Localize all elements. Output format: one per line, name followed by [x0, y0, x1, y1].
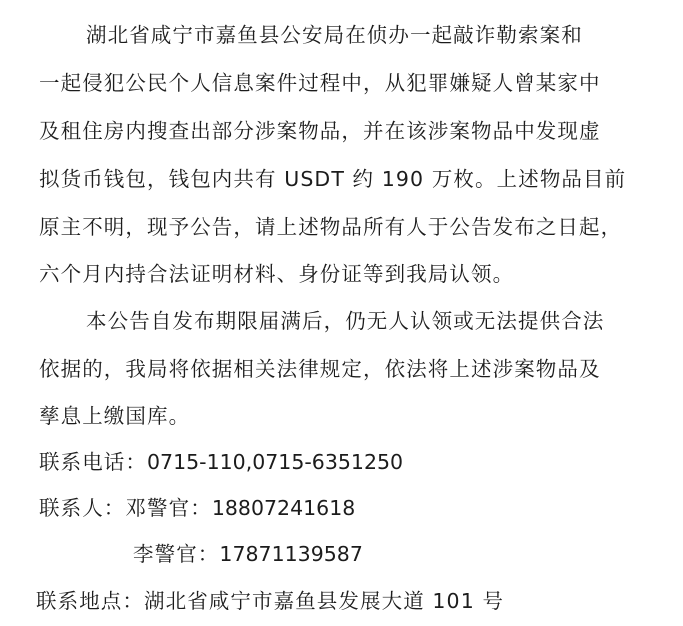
paragraph2-line2: 依据的，我局将依据相关法律规定，依法将上述涉案物品及	[39, 357, 601, 381]
contact-person-label: 联系人：	[39, 496, 125, 520]
contact-phone-value: 0715-110,0715-6351250	[147, 450, 403, 474]
contact-phone-row: 联系电话：0715-110,0715-6351250	[39, 450, 403, 474]
paragraph2-line1: 本公告自发布期限届满后，仍无人认领或无法提供合法	[86, 309, 604, 333]
contact-person1-name: 邓警官：	[125, 496, 211, 520]
paragraph1-line4: 拟货币钱包，钱包内共有 USDT 约 190 万枚。上述物品目前	[39, 167, 626, 191]
contact-address-label: 联系地点：	[36, 589, 144, 613]
contact-address-row: 联系地点：湖北省咸宁市嘉鱼县发展大道 101 号	[36, 589, 504, 613]
paragraph2-line3: 孳息上缴国库。	[39, 404, 190, 428]
contact-person2-phone: 17871139587	[219, 542, 362, 566]
contact-phone-label: 联系电话：	[39, 450, 147, 474]
contact-address-value: 湖北省咸宁市嘉鱼县发展大道 101 号	[144, 589, 504, 613]
paragraph1-line1: 湖北省咸宁市嘉鱼县公安局在侦办一起敲诈勒索案和	[86, 23, 583, 47]
paragraph1-line2: 一起侵犯公民个人信息案件过程中，从犯罪嫌疑人曾某家中	[39, 71, 601, 95]
paragraph1-line6: 六个月内持合法证明材料、身份证等到我局认领。	[39, 262, 514, 286]
contact-person2-row: 李警官：17871139587	[133, 542, 363, 566]
paragraph1-line5: 原主不明，现予公告，请上述物品所有人于公告发布之日起，	[39, 215, 622, 239]
paragraph1-line3: 及租住房内搜查出部分涉案物品，并在该涉案物品中发现虚	[39, 119, 601, 143]
contact-person1-phone: 18807241618	[212, 496, 355, 520]
contact-person-row: 联系人：邓警官：18807241618	[39, 496, 355, 520]
notice-document: 湖北省咸宁市嘉鱼县公安局在侦办一起敲诈勒索案和 一起侵犯公民个人信息案件过程中，…	[0, 0, 683, 626]
contact-person2-name: 李警官：	[133, 542, 219, 566]
